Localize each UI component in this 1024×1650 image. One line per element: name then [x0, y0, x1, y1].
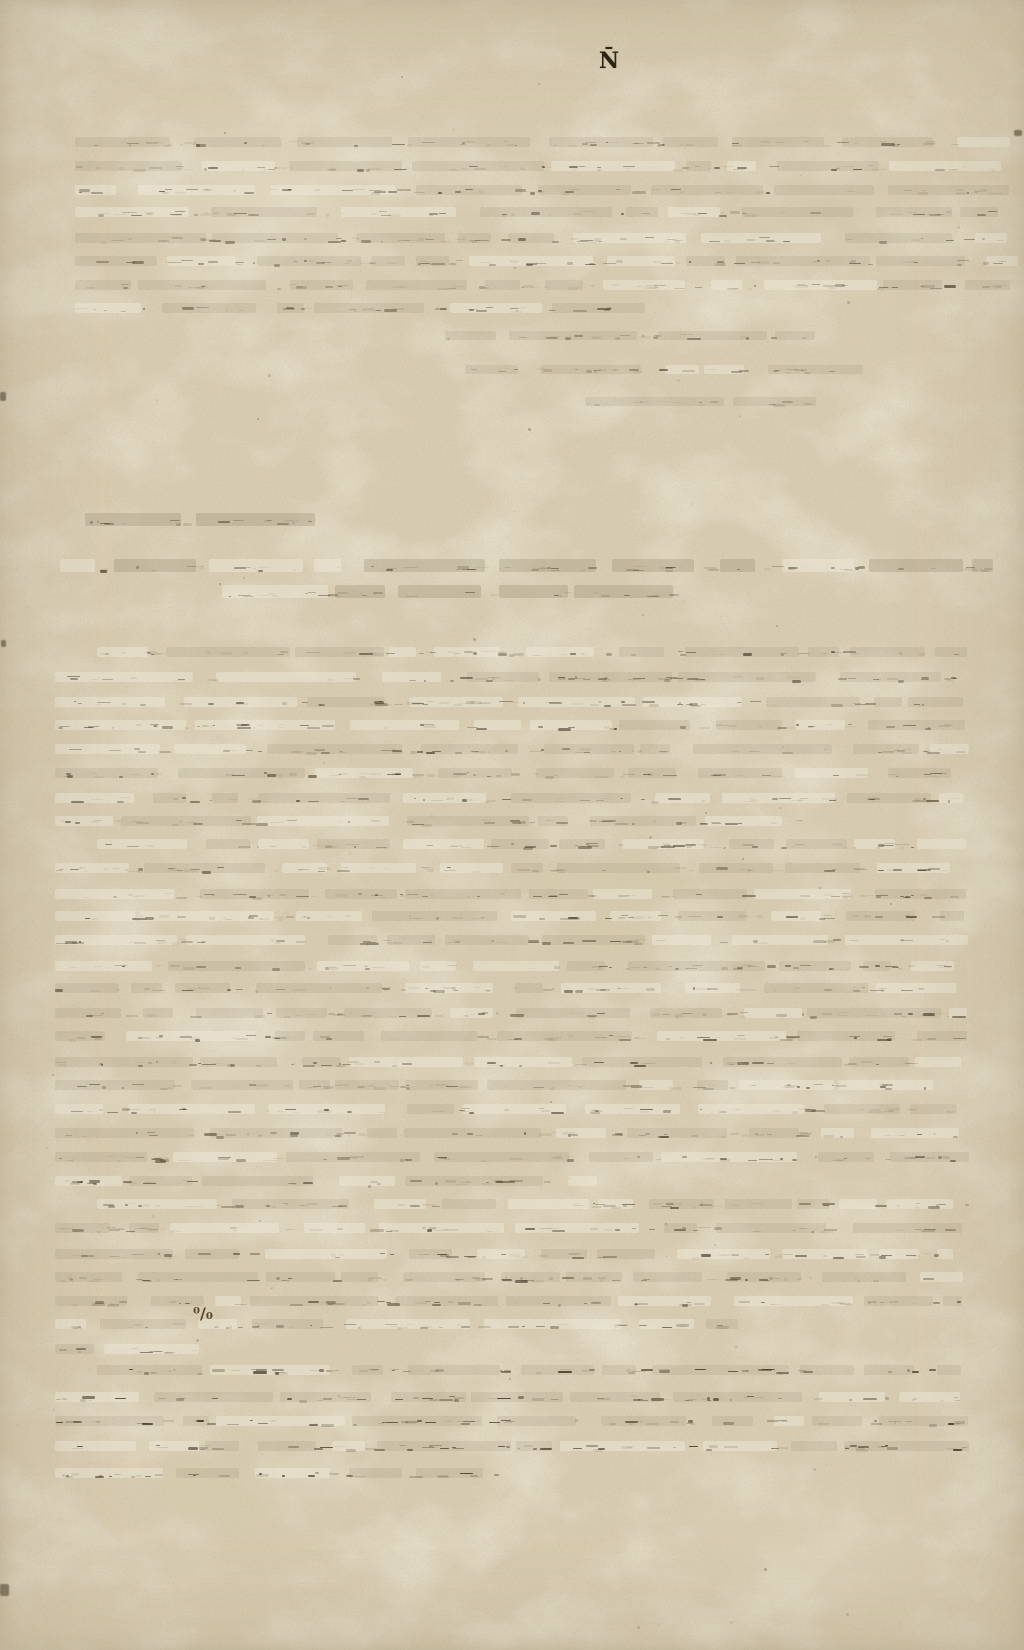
edge-smudges: [0, 0, 1024, 1650]
edge-smudge: [0, 392, 6, 401]
edge-smudge: [0, 1584, 9, 1596]
edge-smudge: [1014, 130, 1022, 136]
edge-smudge: [1, 640, 6, 647]
scanned-page: N̄ ⁰/₀: [0, 0, 1024, 1650]
